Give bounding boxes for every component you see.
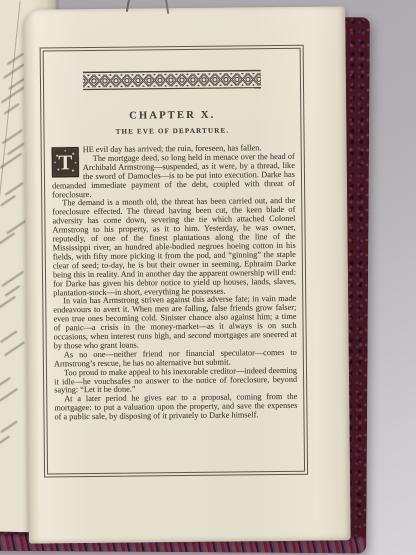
- blurred-text-line: [1, 86, 25, 103]
- paragraph-2: The mortgage deed, so long held in menac…: [52, 153, 295, 200]
- blurred-text-line: [0, 377, 11, 389]
- blurred-text-line: [1, 271, 24, 287]
- blurred-text-line: [7, 142, 25, 155]
- body-text: T HE evil day has arrived; the ruin, for…: [52, 144, 298, 423]
- book-page: CHAPTER X. THE EVE OF DEPARTURE. T HE ev…: [23, 6, 351, 543]
- blurred-text-line: [0, 296, 16, 310]
- blurred-text-line: [0, 435, 10, 446]
- paragraph-4-italic-word: second: [188, 331, 211, 340]
- blurred-text-line: [0, 330, 18, 343]
- blurred-text-line: [0, 153, 22, 169]
- blurred-text-line: [2, 129, 23, 144]
- page-border-inner-rule: CHAPTER X. THE EVE OF DEPARTURE. T HE ev…: [43, 48, 305, 475]
- ornament-band: [83, 69, 261, 91]
- blurred-text-line: [0, 420, 18, 433]
- chapter-heading: CHAPTER X.: [44, 109, 300, 123]
- blurred-text-line: [6, 219, 27, 234]
- blurred-text-line: [0, 195, 16, 207]
- blurred-text-line: [4, 341, 25, 356]
- drop-cap-initial: T: [52, 147, 79, 177]
- blurred-text-line: [3, 63, 26, 79]
- blurred-text-line: [4, 285, 20, 297]
- blurred-text-line: [0, 232, 15, 245]
- blurred-text-line: [0, 388, 18, 402]
- chapter-subtitle: THE EVE OF DEPARTURE.: [44, 126, 300, 137]
- paragraph-6: Too proud to make appeal to his inexorab…: [54, 367, 297, 396]
- page-border-frame: CHAPTER X. THE EVE OF DEPARTURE. T HE ev…: [40, 45, 308, 478]
- paragraph-4: In vain has Armstrong striven against th…: [53, 295, 297, 351]
- photo-of-open-book: CHAPTER X. THE EVE OF DEPARTURE. T HE ev…: [0, 0, 416, 555]
- paragraph-7: At a later period he gives ear to a prop…: [54, 393, 297, 422]
- paragraph-3: The demand is a month old, the threat ha…: [52, 197, 296, 298]
- blurred-text-line: [4, 103, 20, 115]
- opening-paragraphs: T HE evil day has arrived; the ruin, for…: [52, 144, 296, 200]
